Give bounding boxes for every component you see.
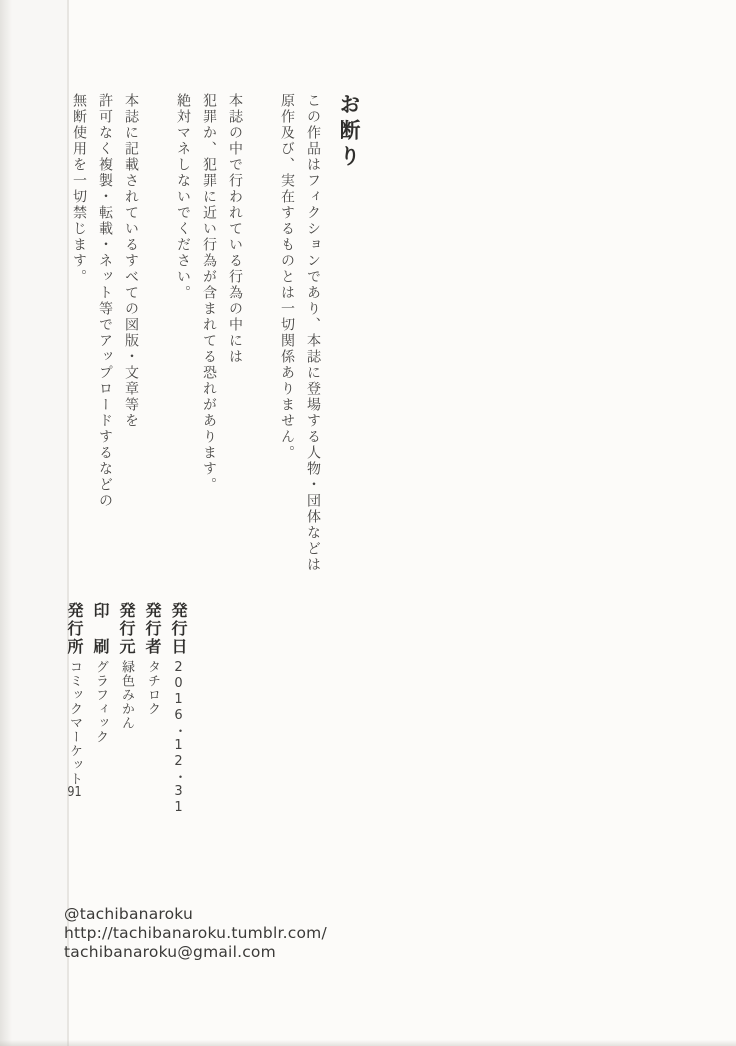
publication-row-publisher: 発行者タチロク <box>139 602 165 827</box>
publication-label: 発行者 <box>143 602 162 656</box>
contact-info: @tachibanaroku http://tachibanaroku.tumb… <box>64 905 327 962</box>
publication-label: 発行日 <box>169 602 188 656</box>
publication-value: グラフィック <box>93 660 108 744</box>
scan-left-edge-shadow <box>0 0 12 1046</box>
contact-email: tachibanaroku@gmail.com <box>64 943 327 962</box>
disclaimer-notice: お断り この作品はフィクションであり、本誌に登場する人物・団体などは 原作及び、… <box>60 93 360 595</box>
publication-row-circle: 発行元緑色みかん <box>113 602 139 827</box>
notice-line: 無断使用を一切禁じます。 <box>66 93 92 595</box>
publication-value: コミックマーケット91 <box>67 660 82 799</box>
notice-title: お断り <box>338 93 360 595</box>
notice-line: 本誌の中で行われている行為の中には <box>222 93 248 595</box>
notice-line: この作品はフィクションであり、本誌に登場する人物・団体などは <box>300 93 326 595</box>
contact-twitter-handle: @tachibanaroku <box>64 905 327 924</box>
notice-paragraph: 本誌の中で行われている行為の中には 犯罪か、犯罪に近い行為が含まれてる恐れがあり… <box>170 93 248 595</box>
publication-row-venue: 発行所コミックマーケット91 <box>61 602 87 827</box>
scan-bottom-edge-shadow <box>0 1040 736 1046</box>
contact-tumblr-url: http://tachibanaroku.tumblr.com/ <box>64 924 327 943</box>
notice-line: 本誌に記載されているすべての図版・文章等を <box>118 93 144 595</box>
publication-row-printer: 印 刷グラフィック <box>87 602 113 827</box>
publication-label: 印 刷 <box>91 602 110 656</box>
notice-line: 絶対マネしないでください。 <box>170 93 196 595</box>
publication-label: 発行所 <box>65 602 84 656</box>
publication-label: 発行元 <box>117 602 136 656</box>
publication-info: 発行日2016・12・31 発行者タチロク 発行元緑色みかん 印 刷グラフィック… <box>60 602 191 827</box>
notice-paragraph: この作品はフィクションであり、本誌に登場する人物・団体などは 原作及び、実在する… <box>274 93 326 595</box>
publication-value-number: 91 <box>67 786 82 799</box>
publication-value: 緑色みかん <box>119 660 134 730</box>
notice-line: 犯罪か、犯罪に近い行為が含まれてる恐れがあります。 <box>196 93 222 595</box>
notice-line: 原作及び、実在するものとは一切関係ありません。 <box>274 93 300 595</box>
publication-row-date: 発行日2016・12・31 <box>165 602 191 827</box>
scanned-colophon-page: { "colors": { "background": "#fcfbf9", "… <box>0 0 736 1046</box>
publication-value-text: コミックマーケット <box>67 660 82 786</box>
publication-value: 2016・12・31 <box>171 660 186 816</box>
publication-value: タチロク <box>145 660 160 716</box>
notice-paragraph: 本誌に記載されているすべての図版・文章等を 許可なく複製・転載・ネット等でアップ… <box>66 93 144 595</box>
notice-line: 許可なく複製・転載・ネット等でアップロードするなどの <box>92 93 118 595</box>
